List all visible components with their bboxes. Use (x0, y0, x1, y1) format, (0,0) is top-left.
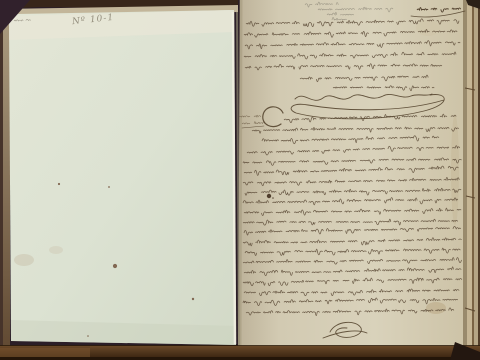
foxing-spot (108, 186, 110, 188)
photo-of-open-manuscript-book: Nº 10-1 (0, 0, 480, 360)
paper-stain (14, 254, 34, 266)
ink-blot (272, 197, 274, 199)
book-left-outer-edge (0, 0, 3, 360)
ink-blot (267, 194, 271, 198)
stack-strip (463, 0, 467, 350)
stack-strip (472, 0, 474, 355)
stack-strip (467, 0, 472, 353)
paper-stain (416, 20, 440, 36)
page-stack-right-edge (463, 0, 480, 360)
manuscript-scene (0, 0, 480, 360)
left-page (9, 10, 236, 345)
right-page (238, 0, 466, 348)
paper-stain (426, 302, 446, 314)
foxing-spot (192, 298, 194, 300)
paper-stain (49, 246, 63, 254)
gutter-shade (240, 0, 241, 348)
stack-strip (474, 0, 478, 357)
foxing-spot (58, 183, 60, 185)
book-left-cover-edge (3, 0, 10, 360)
foxing-spot (113, 264, 117, 268)
foxing-spot (87, 335, 89, 337)
